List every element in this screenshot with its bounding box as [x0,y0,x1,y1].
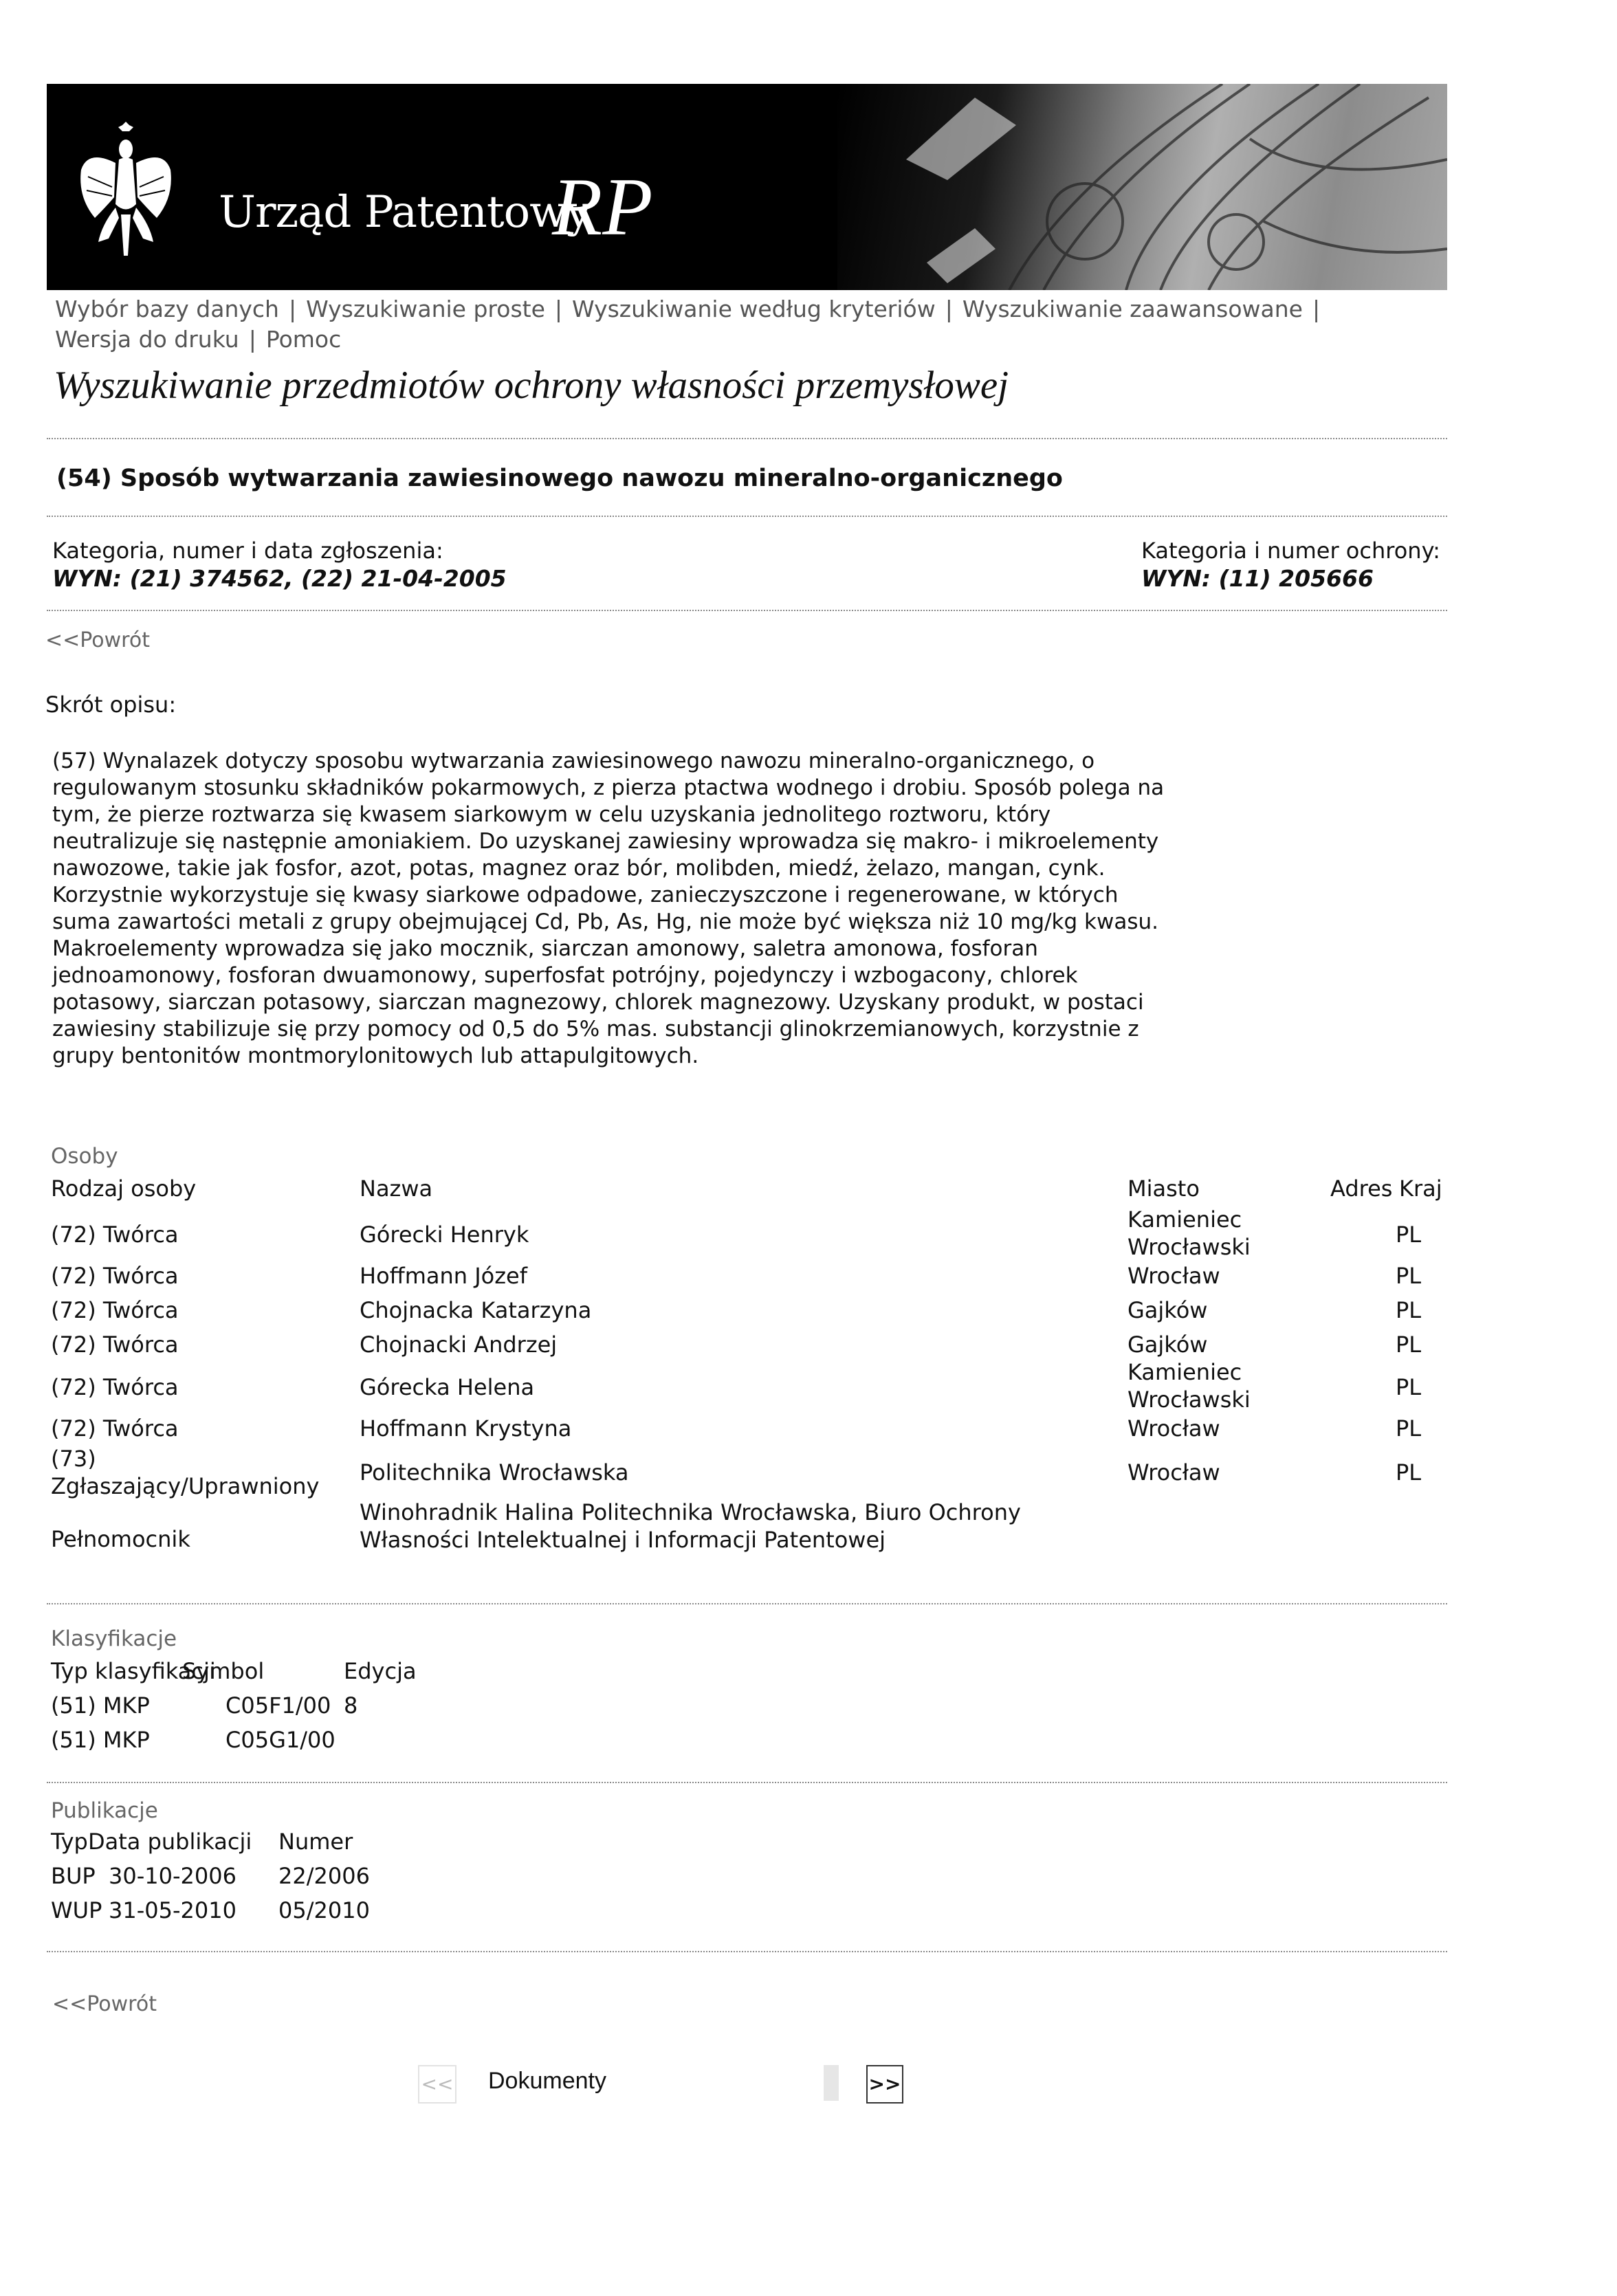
application-label: Kategoria, numer i data zgłoszenia: [52,538,443,564]
application-value: WYN: (21) 374562, (22) 21-04-2005 [52,565,507,592]
classification-symbol: C05F1/00 [225,1692,331,1719]
abstract-line: zawiesiny stabilizuje się przy pomocy od… [52,1016,1248,1043]
person-name: Hoffmann Józef [360,1263,527,1289]
header-banner: Urząd Patentowy RP [47,84,1447,290]
classification-symbol: C05G1/00 [225,1727,335,1753]
abstract-line: Makroelementy wprowadza się jako mocznik… [52,936,1248,962]
person-name: Politechnika Wrocławska [360,1459,629,1486]
person-type: (73) Zgłaszający/Uprawniony [51,1445,340,1500]
person-type: Pełnomocnik [51,1526,190,1552]
person-city: Wrocław [1127,1263,1220,1289]
person-type: (72) Twórca [51,1263,179,1289]
protection-value: WYN: (11) 205666 [1141,565,1374,592]
divider [47,438,1447,439]
person-country: PL [1396,1415,1421,1442]
person-country: PL [1396,1263,1421,1289]
divider [47,516,1447,517]
nav-simple-search[interactable]: Wyszukiwanie proste [306,296,545,322]
documents-label: Dokumenty [488,2068,606,2095]
publication-number: 05/2010 [278,1897,370,1923]
person-name: Winohradnik Halina Politechnika Wrocławs… [360,1499,1088,1554]
publication-date: 30-10-2006 [109,1863,236,1889]
polish-eagle-emblem-icon [74,122,177,259]
nav-separator: | [945,296,953,322]
person-name: Hoffmann Krystyna [360,1415,571,1442]
divider [47,1951,1447,1952]
abstract-label: Skrót opisu: [45,692,176,718]
persons-column-header: Rodzaj osoby [51,1175,196,1202]
person-name: Chojnacki Andrzej [360,1332,557,1358]
abstract-line: jednoamonowy, fosforan dwuamonowy, super… [52,962,1248,989]
publication-number: 22/2006 [278,1863,370,1889]
classification-type: (51) MKP [51,1727,150,1753]
publication-column-header: Typ [51,1829,88,1855]
abstract-line: regulowanym stosunku składników pokarmow… [52,775,1248,802]
person-city: Wrocław [1127,1459,1220,1486]
classification-type: (51) MKP [51,1692,150,1719]
publication-column-header: Numer [278,1829,353,1855]
nav-separator: | [289,296,296,322]
person-name: Górecki Henryk [360,1222,529,1248]
divider [47,1782,1447,1783]
abstract-line: neutralizuje się następnie amoniakiem. D… [52,828,1248,855]
top-navigation: Wybór bazy danych|Wyszukiwanie proste|Wy… [55,296,1330,322]
nav-database-selection[interactable]: Wybór bazy danych [55,296,279,322]
classification-column-header: Symbol [182,1658,264,1684]
persons-section-label: Osoby [51,1144,118,1169]
person-type: (72) Twórca [51,1415,179,1442]
documents-icon [824,2065,839,2101]
person-type: (72) Twórca [51,1332,179,1358]
person-city: Kamieniec Wrocławski [1127,1358,1251,1413]
abstract-line: potasowy, siarczan potasowy, siarczan ma… [52,989,1248,1016]
divider [47,1603,1447,1604]
abstract-line: suma zawartości metali z grupy obejmując… [52,909,1248,936]
abstract-line: (57) Wynalazek dotyczy sposobu wytwarzan… [52,748,1248,775]
abstract-line: grupy bentonitów montmorylonitowych lub … [52,1043,1248,1070]
nav-print-version[interactable]: Wersja do druku [55,326,239,353]
brand-name: Urząd Patentowy [219,187,591,238]
abstract-line: nawozowe, takie jak fosfor, azot, potas,… [52,855,1248,882]
divider [47,610,1447,611]
person-country: PL [1396,1332,1421,1358]
brand-suffix: RP [552,159,653,254]
publication-date: 31-05-2010 [109,1897,236,1923]
nav-advanced-search[interactable]: Wyszukiwanie zaawansowane [962,296,1303,322]
persons-column-header: Nazwa [360,1175,432,1202]
person-name: Chojnacka Katarzyna [360,1297,591,1323]
back-link-top[interactable]: <<Powrót [45,628,150,652]
publications-section-label: Publikacje [51,1798,158,1823]
abstract-line: tym, że pierze roztwarza się kwasem siar… [52,802,1248,828]
nav-criteria-search[interactable]: Wyszukiwanie według kryteriów [572,296,936,322]
top-navigation-row2: Wersja do druku|Pomoc [55,326,341,353]
nav-separator: | [1312,296,1320,322]
abstract-text: (57) Wynalazek dotyczy sposobu wytwarzan… [52,748,1248,1070]
person-city: Gajków [1127,1332,1207,1358]
person-country: PL [1396,1297,1421,1323]
persons-column-header: Kraj [1399,1175,1442,1202]
nav-help[interactable]: Pomoc [266,326,341,353]
banner-artwork-lines [837,84,1447,290]
person-city: Kamieniec Wrocławski [1127,1206,1251,1261]
person-country: PL [1396,1459,1421,1486]
publication-column-header: Data publikacji [88,1829,252,1855]
person-type: (72) Twórca [51,1297,179,1323]
publication-type: BUP [51,1863,96,1889]
person-type: (72) Twórca [51,1222,179,1248]
person-city: Gajków [1127,1297,1207,1323]
nav-separator: | [555,296,562,322]
back-link-bottom[interactable]: <<Powrót [52,1992,157,2016]
person-country: PL [1396,1222,1421,1248]
classifications-section-label: Klasyfikacje [51,1626,177,1651]
person-city: Wrocław [1127,1415,1220,1442]
person-name: Górecka Helena [360,1374,534,1400]
persons-column-header: Miasto [1127,1175,1200,1202]
classification-column-header: Edycja [344,1658,417,1684]
classification-edition: 8 [344,1692,357,1719]
abstract-line: Korzystnie wykorzystuje się kwasy siarko… [52,882,1248,909]
protection-label: Kategoria i numer ochrony: [1141,538,1440,564]
persons-column-header: Adres [1330,1175,1392,1202]
person-country: PL [1396,1374,1421,1400]
documents-next-button[interactable]: >> [866,2065,903,2104]
publication-type: WUP [51,1897,102,1923]
page-heading: Wyszukiwanie przedmiotów ochrony własnoś… [54,363,1009,408]
person-type: (72) Twórca [51,1374,179,1400]
nav-separator: | [249,326,256,353]
documents-prev-button[interactable]: << [418,2065,456,2104]
patent-title: (54) Sposób wytwarzania zawiesinowego na… [56,465,1063,492]
